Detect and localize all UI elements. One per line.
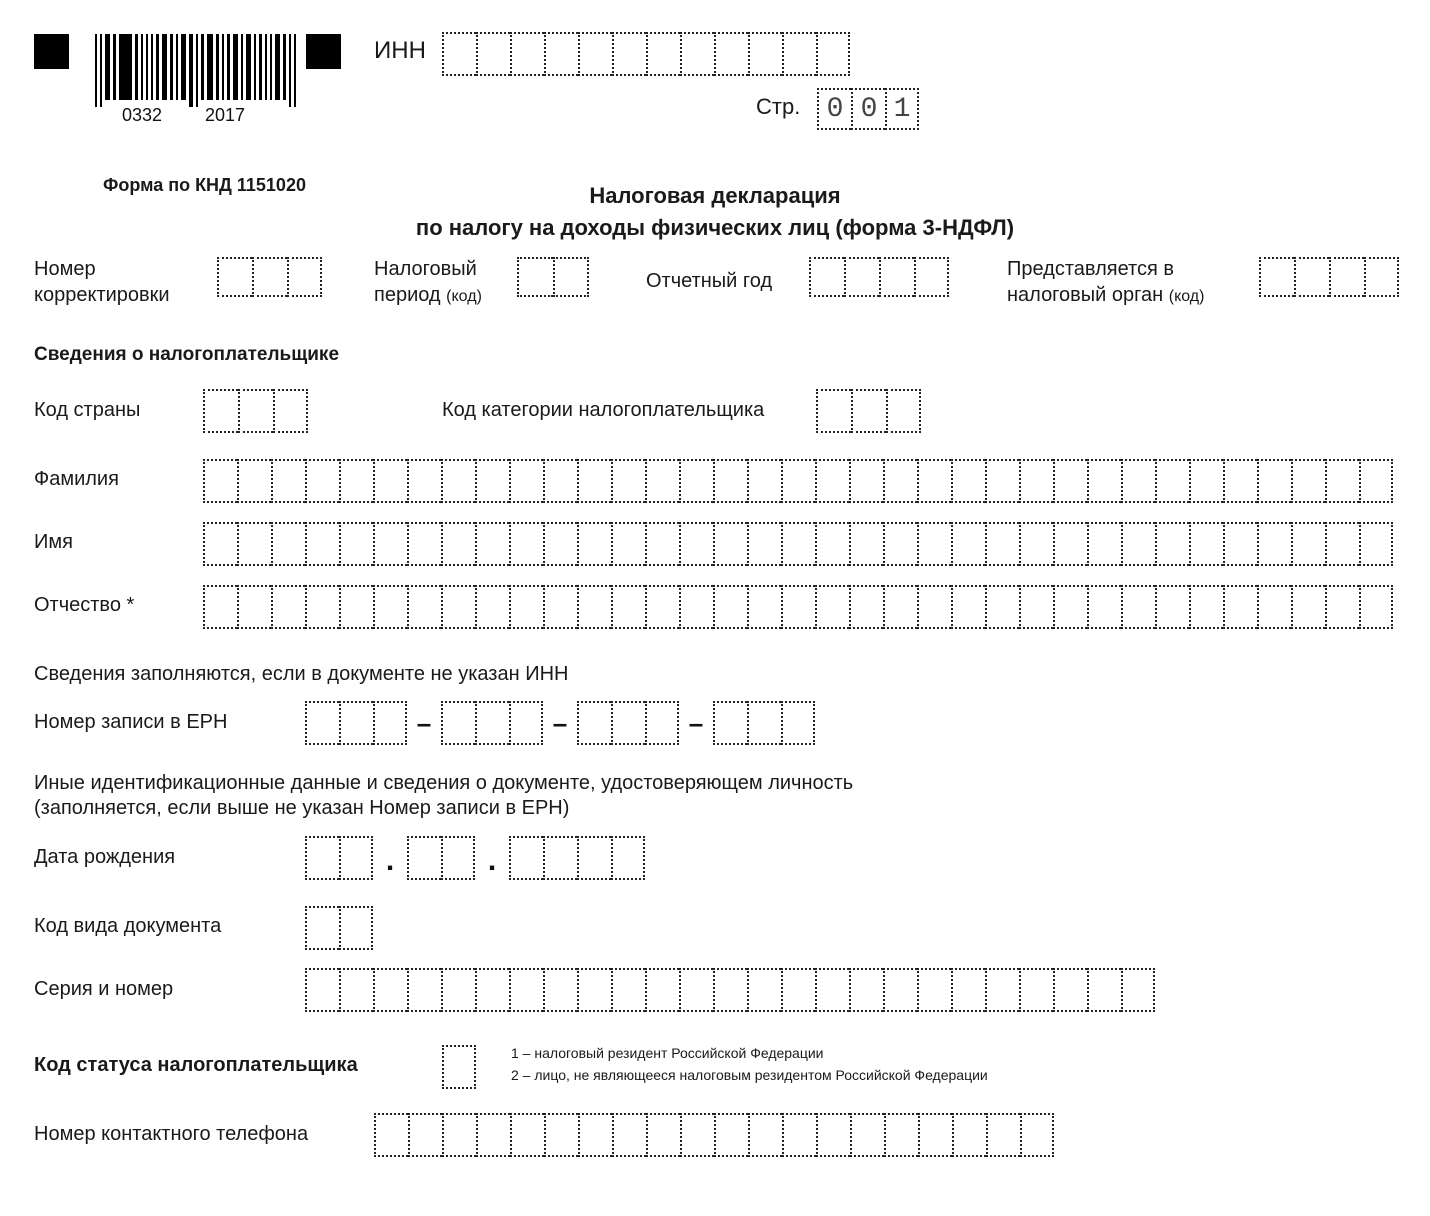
input-cell[interactable] (781, 968, 815, 1012)
input-cell[interactable] (577, 585, 611, 629)
input-cell[interactable] (781, 585, 815, 629)
page-label: Стр. (756, 94, 800, 120)
input-cell[interactable] (645, 585, 679, 629)
dash-separator: – (407, 701, 441, 745)
input-cell[interactable] (816, 1113, 850, 1157)
input-cell[interactable] (917, 522, 951, 566)
name-field[interactable] (203, 522, 1393, 566)
correction-label: Номер корректировки (34, 256, 170, 308)
input-cell[interactable] (951, 585, 985, 629)
input-cell[interactable] (305, 968, 339, 1012)
input-cell[interactable] (611, 836, 645, 880)
surname-label: Фамилия (34, 466, 119, 492)
input-cell[interactable] (442, 32, 476, 76)
input-cell[interactable] (442, 1113, 476, 1157)
input-cell[interactable] (713, 522, 747, 566)
input-cell[interactable] (815, 522, 849, 566)
input-cell[interactable] (475, 522, 509, 566)
barcode-bar (113, 34, 116, 100)
input-cell[interactable] (748, 32, 782, 76)
input-cell[interactable] (951, 522, 985, 566)
input-cell[interactable] (287, 257, 322, 297)
input-cell[interactable] (986, 1113, 1020, 1157)
input-cell[interactable] (305, 836, 339, 880)
input-cell[interactable] (985, 459, 1019, 503)
input-cell[interactable] (612, 1113, 646, 1157)
input-cell[interactable] (1257, 585, 1291, 629)
cell-group[interactable] (305, 701, 407, 745)
identity-note-line2: (заполняется, если выше не указан Номер … (34, 795, 569, 821)
input-cell[interactable] (612, 32, 646, 76)
input-cell[interactable] (679, 459, 713, 503)
barcode-bar (170, 34, 173, 100)
input-cell[interactable] (816, 389, 851, 433)
input-cell[interactable] (713, 701, 747, 745)
input-cell[interactable] (1019, 459, 1053, 503)
input-cell[interactable] (476, 32, 510, 76)
input-cell[interactable] (577, 522, 611, 566)
taxpayer-section-title: Сведения о налогоплательщике (34, 342, 339, 368)
input-cell[interactable] (509, 585, 543, 629)
barcode (95, 34, 299, 107)
category-code-label: Код категории налогоплательщика (442, 397, 764, 423)
input-cell[interactable] (373, 701, 407, 745)
input-cell[interactable] (782, 1113, 816, 1157)
input-cell[interactable] (985, 522, 1019, 566)
input-cell[interactable] (917, 585, 951, 629)
input-cell[interactable] (509, 968, 543, 1012)
input-cell[interactable] (441, 522, 475, 566)
input-cell[interactable] (851, 389, 886, 433)
input-cell[interactable] (577, 459, 611, 503)
input-cell[interactable] (475, 701, 509, 745)
input-cell[interactable] (543, 459, 577, 503)
barcode-bar (294, 34, 296, 107)
input-cell[interactable] (1359, 459, 1393, 503)
phone-field[interactable] (374, 1113, 1054, 1157)
report-year-label: Отчетный год (646, 268, 772, 294)
input-cell[interactable] (305, 459, 339, 503)
input-cell[interactable] (238, 389, 273, 433)
input-cell[interactable] (203, 585, 237, 629)
barcode-bar (265, 34, 267, 100)
input-cell[interactable] (748, 1113, 782, 1157)
barcode-bar (156, 34, 159, 100)
input-cell[interactable] (577, 701, 611, 745)
input-cell[interactable] (374, 1113, 408, 1157)
input-cell[interactable] (1053, 968, 1087, 1012)
input-cell[interactable] (747, 522, 781, 566)
doc-type-field[interactable] (305, 906, 373, 950)
input-cell[interactable] (1359, 585, 1393, 629)
input-cell[interactable] (217, 257, 252, 297)
dot-separator: . (475, 839, 509, 883)
input-cell[interactable] (543, 968, 577, 1012)
document-title-line2: по налогу на доходы физических лиц (форм… (0, 215, 1430, 241)
input-cell[interactable] (611, 968, 645, 1012)
barcode-bar (196, 34, 198, 107)
cell-group[interactable] (577, 701, 679, 745)
barcode-bar (246, 34, 251, 100)
status-option-1: 1 – налоговый резидент Российской Федера… (511, 1043, 824, 1063)
input-cell[interactable] (271, 459, 305, 503)
tax-period-field[interactable] (517, 257, 589, 297)
input-cell[interactable] (203, 389, 238, 433)
input-cell[interactable] (1053, 585, 1087, 629)
input-cell[interactable] (509, 701, 543, 745)
input-cell[interactable] (1257, 459, 1291, 503)
cell-group[interactable] (441, 701, 543, 745)
barcode-bar (270, 34, 272, 100)
input-cell[interactable] (816, 32, 850, 76)
input-cell[interactable] (611, 459, 645, 503)
input-cell[interactable] (1325, 585, 1359, 629)
series-number-label: Серия и номер (34, 976, 173, 1002)
input-cell[interactable] (408, 1113, 442, 1157)
input-cell[interactable] (339, 836, 373, 880)
input-cell[interactable] (679, 585, 713, 629)
series-number-field[interactable] (305, 968, 1155, 1012)
barcode-number-left: 0332 (122, 105, 162, 126)
input-cell[interactable] (1121, 459, 1155, 503)
input-cell[interactable] (1155, 585, 1189, 629)
input-cell[interactable] (883, 522, 917, 566)
input-cell[interactable] (441, 585, 475, 629)
input-cell[interactable] (509, 522, 543, 566)
input-cell[interactable] (781, 701, 815, 745)
barcode-bar (227, 34, 230, 100)
input-cell[interactable] (578, 32, 612, 76)
input-cell[interactable] (985, 968, 1019, 1012)
page-number-field: 001 (817, 88, 919, 130)
input-cell[interactable] (1053, 459, 1087, 503)
input-cell[interactable] (747, 585, 781, 629)
patronymic-field[interactable] (203, 585, 1393, 629)
input-cell[interactable] (252, 257, 287, 297)
input-cell[interactable] (1359, 522, 1393, 566)
input-cell[interactable] (553, 257, 589, 297)
input-cell[interactable] (441, 836, 475, 880)
input-cell[interactable] (578, 1113, 612, 1157)
input-cell[interactable] (442, 1045, 476, 1089)
input-cell[interactable] (1087, 459, 1121, 503)
input-cell[interactable] (339, 522, 373, 566)
input-cell[interactable] (1155, 459, 1189, 503)
input-cell[interactable] (781, 459, 815, 503)
input-cell[interactable] (646, 1113, 680, 1157)
barcode-bar (254, 34, 256, 100)
input-cell[interactable] (815, 459, 849, 503)
input-cell[interactable] (611, 701, 645, 745)
barcode-bar (275, 34, 280, 100)
input-cell[interactable] (1223, 585, 1257, 629)
report-year-field[interactable] (809, 257, 949, 297)
barcode-bar (189, 34, 193, 107)
input-cell[interactable] (373, 585, 407, 629)
dash-separator: – (543, 701, 577, 745)
input-cell[interactable] (339, 906, 373, 950)
page-digit: 1 (885, 88, 919, 130)
barcode-bar (181, 34, 186, 100)
input-cell[interactable] (339, 968, 373, 1012)
input-cell[interactable] (305, 585, 339, 629)
status-code-field[interactable] (442, 1045, 476, 1089)
barcode-number-right: 2017 (205, 105, 245, 126)
barcode-bar (259, 34, 262, 100)
input-cell[interactable] (441, 701, 475, 745)
barcode-bar (100, 34, 102, 107)
identity-note-line1: Иные идентификационные данные и сведения… (34, 770, 853, 796)
input-cell[interactable] (849, 585, 883, 629)
input-cell[interactable] (273, 389, 308, 433)
input-cell[interactable] (809, 257, 844, 297)
country-code-field[interactable] (203, 389, 308, 433)
input-cell[interactable] (1257, 522, 1291, 566)
input-cell[interactable] (1121, 968, 1155, 1012)
inn-field[interactable] (442, 32, 850, 76)
input-cell[interactable] (747, 701, 781, 745)
input-cell[interactable] (849, 459, 883, 503)
doc-type-label: Код вида документа (34, 913, 221, 939)
input-cell[interactable] (407, 459, 441, 503)
alignment-marker-left (34, 34, 69, 69)
input-cell[interactable] (645, 522, 679, 566)
cell-group[interactable] (713, 701, 815, 745)
input-cell[interactable] (373, 459, 407, 503)
input-cell[interactable] (879, 257, 914, 297)
input-cell[interactable] (510, 32, 544, 76)
input-cell[interactable] (475, 585, 509, 629)
barcode-bar (222, 34, 224, 100)
input-cell[interactable] (509, 836, 543, 880)
input-cell[interactable] (407, 836, 441, 880)
barcode-bar (233, 34, 238, 100)
correction-number-field[interactable] (217, 257, 322, 297)
input-cell[interactable] (884, 1113, 918, 1157)
barcode-bar (95, 34, 97, 107)
tax-office-field[interactable] (1259, 257, 1399, 297)
barcode-bar (241, 34, 243, 100)
input-cell[interactable] (271, 522, 305, 566)
input-cell[interactable] (544, 1113, 578, 1157)
barcode-bar (135, 34, 138, 100)
input-cell[interactable] (747, 459, 781, 503)
input-cell[interactable] (815, 968, 849, 1012)
input-cell[interactable] (407, 968, 441, 1012)
input-cell[interactable] (305, 906, 339, 950)
input-cell[interactable] (1329, 257, 1364, 297)
input-cell[interactable] (645, 701, 679, 745)
input-cell[interactable] (1019, 968, 1053, 1012)
dash-separator: – (679, 701, 713, 745)
input-cell[interactable] (1189, 459, 1223, 503)
input-cell[interactable] (407, 585, 441, 629)
input-cell[interactable] (679, 522, 713, 566)
ern-field[interactable]: ––– (305, 701, 815, 745)
input-cell[interactable] (1291, 522, 1325, 566)
input-cell[interactable] (883, 968, 917, 1012)
input-cell[interactable] (475, 459, 509, 503)
input-cell[interactable] (849, 522, 883, 566)
input-cell[interactable] (1155, 522, 1189, 566)
input-cell[interactable] (713, 968, 747, 1012)
input-cell[interactable] (475, 968, 509, 1012)
input-cell[interactable] (985, 585, 1019, 629)
input-cell[interactable] (849, 968, 883, 1012)
input-cell[interactable] (951, 459, 985, 503)
input-cell[interactable] (543, 522, 577, 566)
page-digit: 0 (817, 88, 851, 130)
input-cell[interactable] (305, 701, 339, 745)
input-cell[interactable] (781, 522, 815, 566)
input-cell[interactable] (237, 459, 271, 503)
input-cell[interactable] (271, 585, 305, 629)
patronymic-label: Отчество * (34, 592, 134, 618)
input-cell[interactable] (339, 701, 373, 745)
barcode-bar (146, 34, 148, 100)
input-cell[interactable] (1259, 257, 1294, 297)
input-cell[interactable] (679, 968, 713, 1012)
input-cell[interactable] (680, 32, 714, 76)
input-cell[interactable] (373, 522, 407, 566)
input-cell[interactable] (544, 32, 578, 76)
barcode-bar (176, 34, 178, 100)
input-cell[interactable] (611, 585, 645, 629)
input-cell[interactable] (517, 257, 553, 297)
input-cell[interactable] (203, 522, 237, 566)
input-cell[interactable] (1087, 522, 1121, 566)
barcode-bar (119, 34, 132, 100)
alignment-marker-right (306, 34, 341, 69)
input-cell[interactable] (1019, 585, 1053, 629)
category-code-field[interactable] (816, 389, 921, 433)
input-cell[interactable] (917, 968, 951, 1012)
input-cell[interactable] (1087, 585, 1121, 629)
input-cell[interactable] (1189, 585, 1223, 629)
input-cell[interactable] (1291, 585, 1325, 629)
barcode-bar (201, 34, 204, 100)
page-digit: 0 (851, 88, 885, 130)
input-cell[interactable] (844, 257, 879, 297)
input-cell[interactable] (747, 968, 781, 1012)
ern-note: Сведения заполняются, если в документе н… (34, 661, 568, 687)
input-cell[interactable] (917, 459, 951, 503)
barcode-bar (289, 34, 291, 107)
input-cell[interactable] (441, 968, 475, 1012)
input-cell[interactable] (645, 968, 679, 1012)
birth-date-field[interactable]: .. (305, 836, 645, 880)
input-cell[interactable] (645, 459, 679, 503)
cell-group[interactable] (509, 836, 645, 880)
input-cell[interactable] (1053, 522, 1087, 566)
input-cell[interactable] (509, 459, 543, 503)
input-cell[interactable] (782, 32, 816, 76)
input-cell[interactable] (237, 585, 271, 629)
input-cell[interactable] (543, 836, 577, 880)
input-cell[interactable] (680, 1113, 714, 1157)
ern-label: Номер записи в ЕРН (34, 709, 227, 735)
input-cell[interactable] (1087, 968, 1121, 1012)
input-cell[interactable] (714, 1113, 748, 1157)
input-cell[interactable] (543, 585, 577, 629)
input-cell[interactable] (886, 389, 921, 433)
input-cell[interactable] (883, 459, 917, 503)
input-cell[interactable] (577, 836, 611, 880)
barcode-bar (141, 34, 143, 100)
input-cell[interactable] (646, 32, 680, 76)
input-cell[interactable] (951, 968, 985, 1012)
birth-date-label: Дата рождения (34, 844, 175, 870)
input-cell[interactable] (713, 585, 747, 629)
barcode-bar (216, 34, 219, 100)
input-cell[interactable] (407, 522, 441, 566)
input-cell[interactable] (577, 968, 611, 1012)
input-cell[interactable] (203, 459, 237, 503)
input-cell[interactable] (373, 968, 407, 1012)
input-cell[interactable] (305, 522, 339, 566)
input-cell[interactable] (1325, 459, 1359, 503)
input-cell[interactable] (1121, 522, 1155, 566)
tax-office-label: Представляется в налоговый орган (код) (1007, 256, 1204, 310)
input-cell[interactable] (850, 1113, 884, 1157)
input-cell[interactable] (441, 459, 475, 503)
input-cell[interactable] (713, 459, 747, 503)
input-cell[interactable] (883, 585, 917, 629)
input-cell[interactable] (914, 257, 949, 297)
input-cell[interactable] (1291, 459, 1325, 503)
cell-group[interactable] (305, 836, 373, 880)
name-label: Имя (34, 529, 73, 555)
barcode-bar (105, 34, 110, 100)
barcode-bar (151, 34, 153, 100)
input-cell[interactable] (1189, 522, 1223, 566)
input-cell[interactable] (1325, 522, 1359, 566)
input-cell[interactable] (1223, 522, 1257, 566)
dot-separator: . (373, 839, 407, 883)
inn-label: ИНН (374, 38, 426, 64)
input-cell[interactable] (339, 585, 373, 629)
barcode-bar (283, 34, 286, 100)
input-cell[interactable] (339, 459, 373, 503)
barcode-bar (207, 34, 213, 100)
input-cell[interactable] (476, 1113, 510, 1157)
status-option-2: 2 – лицо, не являющееся налоговым резиде… (511, 1065, 988, 1085)
input-cell[interactable] (815, 585, 849, 629)
input-cell[interactable] (1020, 1113, 1054, 1157)
country-code-label: Код страны (34, 397, 140, 423)
input-cell[interactable] (952, 1113, 986, 1157)
cell-group[interactable] (407, 836, 475, 880)
input-cell[interactable] (510, 1113, 544, 1157)
input-cell[interactable] (714, 32, 748, 76)
input-cell[interactable] (1223, 459, 1257, 503)
input-cell[interactable] (1294, 257, 1329, 297)
input-cell[interactable] (1364, 257, 1399, 297)
input-cell[interactable] (918, 1113, 952, 1157)
input-cell[interactable] (237, 522, 271, 566)
period-label: Налоговый период (код) (374, 256, 482, 310)
phone-label: Номер контактного телефона (34, 1121, 308, 1147)
input-cell[interactable] (1121, 585, 1155, 629)
input-cell[interactable] (611, 522, 645, 566)
status-label: Код статуса налогоплательщика (34, 1052, 358, 1078)
surname-field[interactable] (203, 459, 1393, 503)
barcode-bar (162, 34, 167, 100)
document-title-line1: Налоговая декларация (0, 183, 1430, 209)
input-cell[interactable] (1019, 522, 1053, 566)
